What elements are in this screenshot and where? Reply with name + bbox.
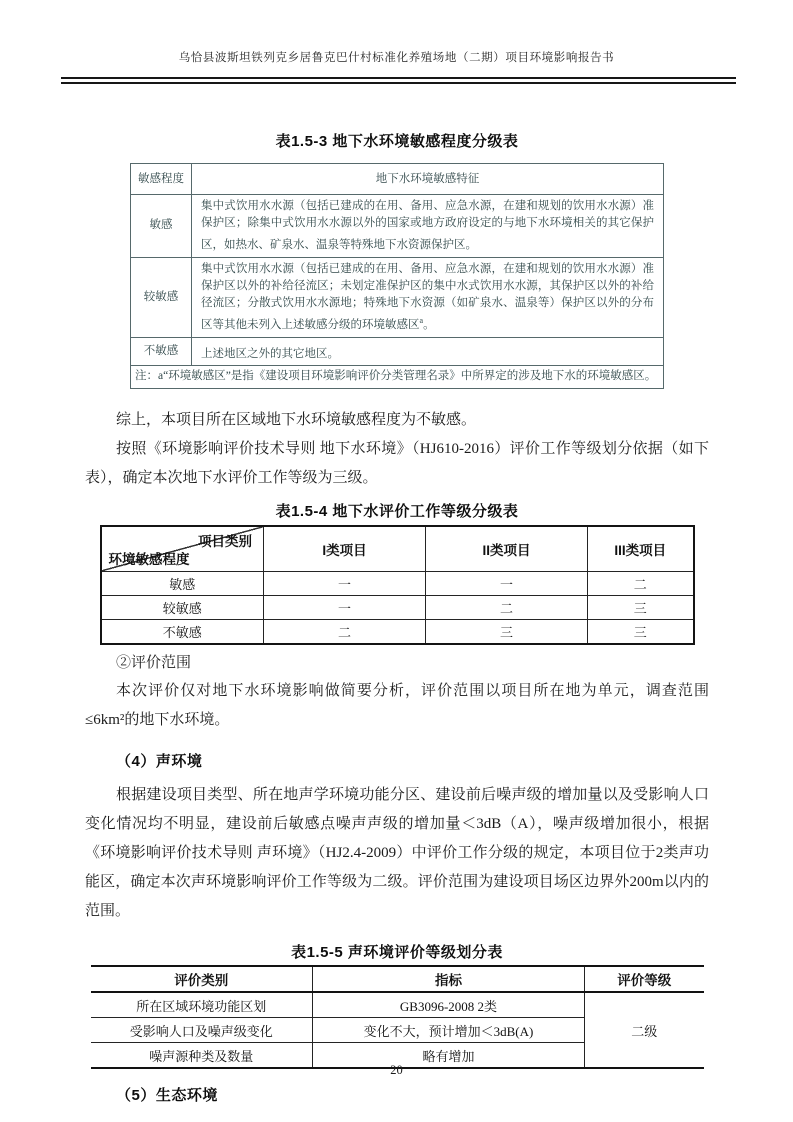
column-header-grade: 评价等级 — [585, 966, 704, 992]
table-header-row: 敏感程度 地下水环境敏感特征 — [131, 164, 664, 195]
grade-cell: 二 — [264, 620, 426, 645]
table-row: 所在区域环境功能区划 GB3096-2008 2类 二级 — [91, 992, 704, 1018]
column-header-indicator: 指标 — [313, 966, 585, 992]
table-header-row: 项目类别 环境敏感程度 I类项目 II类项目 III类项目 — [101, 526, 694, 572]
table-row: 不敏感 二 三 三 — [101, 620, 694, 645]
subsection-scope: ②评价范围 — [85, 649, 709, 677]
level-cell: 敏感 — [131, 195, 192, 258]
page-number: 20 — [0, 1063, 793, 1078]
level-cell: 不敏感 — [101, 620, 264, 645]
column-header-sensitivity-level: 敏感程度 — [131, 164, 192, 195]
grade-cell: 一 — [264, 572, 426, 596]
column-header-category: 评价类别 — [91, 966, 313, 992]
table-1-5-5-title: 表1.5-5 声环境评价等级划分表 — [85, 941, 709, 962]
table-1-5-3-title: 表1.5-3 地下水环境敏感程度分级表 — [85, 130, 709, 151]
table-row: 不敏感 上述地区之外的其它地区。 — [131, 337, 664, 366]
grade-cell: 二 — [588, 572, 694, 596]
indicator-cell: GB3096-2008 2类 — [313, 992, 585, 1018]
diagonal-label-project-type: 项目类别 — [198, 530, 252, 550]
page-content: 表1.5-3 地下水环境敏感程度分级表 敏感程度 地下水环境敏感特征 敏感 集中… — [85, 130, 709, 1110]
column-header-sensitivity-feature: 地下水环境敏感特征 — [192, 164, 664, 195]
paragraph-conclusion: 综上，本项目所在区域地下水环境敏感程度为不敏感。 — [85, 406, 709, 435]
paragraph-noise-assessment: 根据建设项目类型、所在地声学环境功能分区、建设前后噪声级的增加量以及受影响人口变… — [85, 781, 709, 926]
paragraph-grading-basis: 按照《环境影响评价技术导则 地下水环境》（HJ610-2016）评价工作等级划分… — [85, 435, 709, 493]
level-cell: 较敏感 — [101, 596, 264, 620]
grade-cell: 三 — [588, 620, 694, 645]
table-row: 较敏感 集中式饮用水水源（包括已建成的在用、备用、应急水源，在建和规划的饮用水水… — [131, 257, 664, 337]
grade-cell: 一 — [264, 596, 426, 620]
level-cell: 敏感 — [101, 572, 264, 596]
table-header-row: 评价类别 指标 评价等级 — [91, 966, 704, 992]
paragraph-scope-detail: 本次评价仅对地下水环境影响做简要分析，评价范围以项目所在地为单元，调查范围≤6k… — [85, 677, 709, 735]
grade-cell: 一 — [426, 572, 588, 596]
level-cell: 不敏感 — [131, 337, 192, 366]
groundwater-sensitivity-table: 敏感程度 地下水环境敏感特征 敏感 集中式饮用水水源（包括已建成的在用、备用、应… — [130, 163, 664, 389]
grade-cell: 三 — [426, 620, 588, 645]
column-header-class2: II类项目 — [426, 526, 588, 572]
level-cell: 较敏感 — [131, 257, 192, 337]
grade-cell: 二 — [426, 596, 588, 620]
description-cell: 集中式饮用水水源（包括已建成的在用、备用、应急水源，在建和规划的饮用水水源）准保… — [192, 257, 664, 337]
description-cell: 上述地区之外的其它地区。 — [192, 337, 664, 366]
document-page: 乌恰县波斯坦铁列克乡居鲁克巴什村标准化养殖场地（二期）项目环境影响报告书 表1.… — [0, 0, 793, 1122]
header-double-rule — [61, 77, 736, 84]
table-note-row: 注：a“环境敏感区”是指《建设项目环境影响评价分类管理名录》中所界定的涉及地下水… — [131, 366, 664, 389]
heading-ecological-environment: （5）生态环境 — [85, 1082, 709, 1110]
indicator-cell: 变化不大，预计增加＜3dB(A) — [313, 1018, 585, 1043]
table-row: 敏感 集中式饮用水水源（包括已建成的在用、备用、应急水源，在建和规划的饮用水水源… — [131, 195, 664, 258]
category-cell: 受影响人口及噪声级变化 — [91, 1018, 313, 1043]
description-text: 上述地区之外的其它地区。 — [201, 347, 339, 359]
diagonal-label-sensitivity: 环境敏感程度 — [109, 548, 190, 568]
description-cell: 集中式饮用水水源（包括已建成的在用、备用、应急水源，在建和规划的饮用水水源）准保… — [192, 195, 664, 258]
table-note: 注：a“环境敏感区”是指《建设项目环境影响评价分类管理名录》中所界定的涉及地下水… — [131, 366, 664, 389]
category-cell: 所在区域环境功能区划 — [91, 992, 313, 1018]
groundwater-grade-table: 项目类别 环境敏感程度 I类项目 II类项目 III类项目 敏感 一 一 二 较… — [100, 525, 695, 645]
description-text: 集中式饮用水水源（包括已建成的在用、备用、应急水源，在建和规划的饮用水水源）准保… — [201, 200, 654, 251]
table-1-5-4-title: 表1.5-4 地下水评价工作等级分级表 — [85, 500, 709, 521]
grade-cell: 三 — [588, 596, 694, 620]
heading-acoustic-environment: （4）声环境 — [85, 748, 709, 776]
running-header: 乌恰县波斯坦铁列克乡居鲁克巴什村标准化养殖场地（二期）项目环境影响报告书 — [0, 0, 793, 84]
noise-grade-table: 评价类别 指标 评价等级 所在区域环境功能区划 GB3096-2008 2类 二… — [91, 965, 704, 1069]
grade-merged-cell: 二级 — [585, 992, 704, 1068]
column-header-class3: III类项目 — [588, 526, 694, 572]
report-title: 乌恰县波斯坦铁列克乡居鲁克巴什村标准化养殖场地（二期）项目环境影响报告书 — [0, 49, 793, 65]
table-row: 敏感 一 一 二 — [101, 572, 694, 596]
description-text-end: 。 — [423, 319, 435, 331]
table-row: 较敏感 一 二 三 — [101, 596, 694, 620]
diagonal-header-cell: 项目类别 环境敏感程度 — [101, 526, 264, 572]
column-header-class1: I类项目 — [264, 526, 426, 572]
